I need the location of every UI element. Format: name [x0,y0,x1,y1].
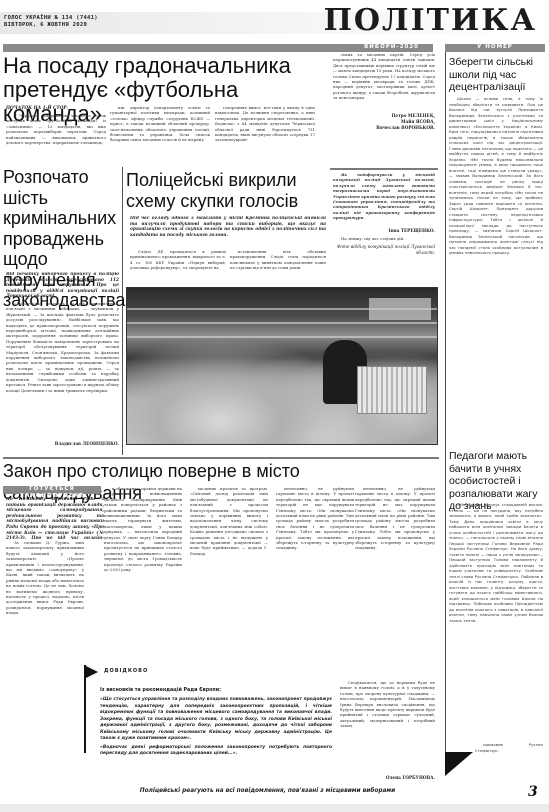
police-col-2: встановлення всіх обставин правопорушенн… [230,249,326,285]
column-divider [122,167,123,455]
page-number: 3 [528,784,538,800]
police-right-text: Як поінформували у місцевій комунікації … [333,172,435,228]
main-col-4: ських та місцевих партій. Серед усіх пер… [333,52,435,112]
crime-author: Владислав ЛЕОНІЦЕНКО. [6,441,119,447]
infobox-label: ДОВІДКОВО [104,668,148,675]
rubric-bar: ВИБОРИ-2020 [3,44,433,52]
main-col-2: нів, директор департаменту освіти та гум… [110,105,210,163]
issue-number: ГОЛОС УКРАЇНИ № 134 (7441) [4,15,98,22]
divider [330,168,438,170]
capital-col-5: інтенсивно, не руйнуючи гармонію міста в… [355,486,435,664]
flag-icon [84,665,98,679]
capital-col-2: в обмеженим правом держави на виручення … [104,486,182,664]
capital-col-4: інтенсивно, не руйнуючи гармонію міста в… [276,486,354,664]
capital-col-3: місцевих проектів та програм. «Світовий … [190,486,268,664]
masthead-info: ГОЛОС УКРАЇНИ № 134 (7441) ВІВТОРОК, 6 Ж… [4,15,98,29]
section-title: ПОЛІТИКА [324,4,537,38]
crime-lead: Від початку виборчого процесу в поліцію … [6,272,119,300]
main-authors: Петро МЕЛЕНЕК, Майя ЯСОВА, Вячеслав ВОРО… [333,113,435,131]
sidebar-signoff: промовив Руслан Стефанчук. [475,742,543,762]
issue-date: ВІВТОРОК, 6 ЖОВТНЯ 2020 [4,22,98,29]
sidebar-title-bar: У НОМЕР [445,44,545,52]
infobox-body: «Що стосується управління та розподілу в… [100,697,332,758]
police-lead: Під час огляду одного з магазинів у міст… [130,216,326,246]
sub-rubric-bar: ГОТУЄТЬСЯ ЗАКОНОПРОЕКТ [3,486,101,494]
sidebar-story-1-headline: Зберегти сільські школи під час децентра… [449,56,545,94]
photo-credit: Фото відділу комунікації поліції Лугансь… [333,244,435,256]
main-col-1: У Черкасах сумарниками численно також ви… [6,113,106,163]
store-photo [126,287,438,445]
capital-right-tail: Сподіваємося, що за нормами буде не вимо… [340,680,435,775]
continuation-note: ПОЧАТОК НА 1-Й СТОР. [6,106,68,112]
main-col-3: говоренних вимог, все-таки у якому в одн… [215,105,315,163]
police-col-1: Слідчі ДЕ провадяться в рамках криміналь… [130,249,226,285]
infobox-title: Із висновків та рекомендацій Ради Європи… [100,688,221,694]
capital-col-1: За словами Д. Гуріна, змін нового законо… [6,540,84,665]
infobox-quote-2: «Водночас деякі реформаторські положення… [100,745,332,758]
infobox-quote-1: «Що стосується управління та розподілу в… [100,697,332,743]
section-divider [3,457,439,459]
police-author: Інна ТЕРЕЩЕНКО. [333,228,435,234]
capital-lead: До Комітету Верховної Ради з питань орга… [6,497,104,539]
page-curl-icon [445,752,473,776]
sidebar-story-1-body: Школи — основа села, а тому їх необхідно… [449,96,543,442]
photo-caption: На знімку: під час слідчих дій. [333,236,435,244]
capital-author: Олена ГОРБУНОВА. [340,775,435,781]
footer-tagline: Поліцейські реагують на всі повідомлення… [100,787,435,795]
police-headline: Поліцейські викрили схему скупки голосів [126,170,326,212]
crime-body: «Поліцейські реагують на всі повідомленн… [6,301,119,441]
sidebar-story-2-body: «Мені дуже імпонує стародавній вислів: «… [449,502,543,742]
bottom-strip [0,804,549,812]
